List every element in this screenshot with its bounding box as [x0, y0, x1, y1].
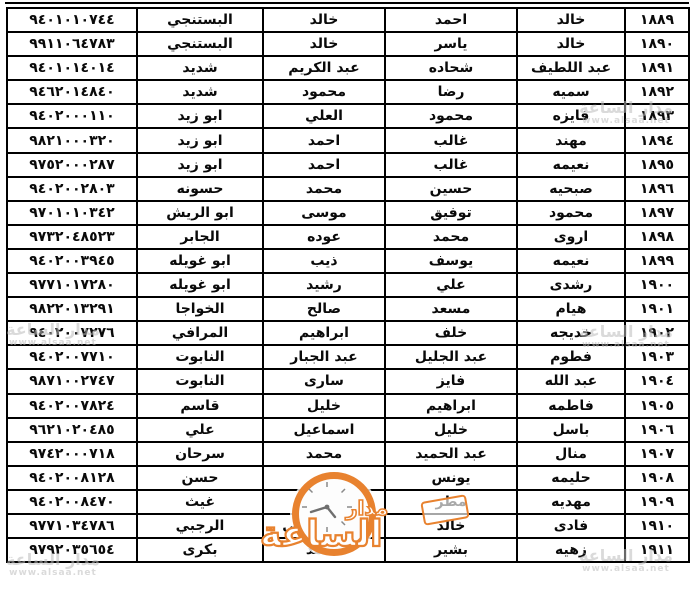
cell-national-id: ٩٨٧١٠٠٢٧٤٧: [7, 369, 137, 393]
cell-grandfather-name: [263, 466, 385, 490]
cell-father-name: مطر: [385, 490, 517, 514]
cell-first-name: زهيه: [517, 538, 625, 562]
table-row: ١٩٠٩مهديهمطرحسانغيث٩٤٠٢٠٠٨٤٧٠: [7, 490, 689, 514]
cell-national-id: ٩٤٠١٠١٤٠١٤: [7, 56, 137, 80]
cell-father-name: خالد: [385, 514, 517, 538]
screenshot-root: ١٨٨٩خالداحمدخالدالبستنجي٩٤٠١٠١٠٧٤٤١٨٩٠خا…: [0, 0, 693, 609]
cell-first-name: فاطمه: [517, 394, 625, 418]
cell-national-id: ٩٤٠٢٠٠٧٨٢٤: [7, 394, 137, 418]
table-row: ١٨٨٩خالداحمدخالدالبستنجي٩٤٠١٠١٠٧٤٤: [7, 8, 689, 32]
table-row: ١٩١٠فادىخالدعبد المعطيالرجبي٩٧٧١٠٣٤٧٨٦: [7, 514, 689, 538]
table-row: ١٨٩٩نعيمهيوسفذيبابو غويله٩٤٠٢٠٠٣٩٤٥: [7, 249, 689, 273]
cell-first-name: عبد الله: [517, 369, 625, 393]
cell-serial-number: ١٩٠٨: [625, 466, 689, 490]
cell-national-id: ٩٤٠٢٠٠٧٧١٠: [7, 345, 137, 369]
cell-serial-number: ١٩٠٣: [625, 345, 689, 369]
cell-father-name: يوسف: [385, 249, 517, 273]
cell-serial-number: ١٩١١: [625, 538, 689, 562]
cell-family-name: غيث: [137, 490, 263, 514]
cell-family-name: شديد: [137, 56, 263, 80]
cell-family-name: ابو زيد: [137, 128, 263, 152]
cell-father-name: عبد الحميد: [385, 442, 517, 466]
table-top-rule: [5, 2, 689, 4]
cell-serial-number: ١٨٩٨: [625, 225, 689, 249]
cell-grandfather-name: عبد المعطي: [263, 514, 385, 538]
cell-father-name: احمد: [385, 8, 517, 32]
table-row: ١٨٩٢سميهرضامحمودشديد٩٤٦٢٠١٤٨٤٠: [7, 80, 689, 104]
cell-first-name: فطوم: [517, 345, 625, 369]
cell-serial-number: ١٩١٠: [625, 514, 689, 538]
table-row: ١٩٠٠رشدىعليرشيدابو غويله٩٧٧١٠١٧٢٨٠: [7, 273, 689, 297]
cell-grandfather-name: سارى: [263, 369, 385, 393]
cell-family-name: ابو غويله: [137, 249, 263, 273]
cell-father-name: رضا: [385, 80, 517, 104]
cell-national-id: ٩٤٠٢٠٠٨٤٧٠: [7, 490, 137, 514]
cell-national-id: ٩٧٣٢٠٤٨٥٢٣: [7, 225, 137, 249]
cell-national-id: ٩٤٠٢٠٠٨١٢٨: [7, 466, 137, 490]
cell-family-name: النابوت: [137, 369, 263, 393]
cell-first-name: مهديه: [517, 490, 625, 514]
cell-serial-number: ١٩٠٧: [625, 442, 689, 466]
cell-father-name: فايز: [385, 369, 517, 393]
cell-grandfather-name: العلي: [263, 104, 385, 128]
cell-serial-number: ١٨٩٩: [625, 249, 689, 273]
table-row: ١٩١١زهيهبشيرمحمدبكرى٩٧٩٢٠٣٥٦٥٤: [7, 538, 689, 562]
table-row: ١٨٩٨اروىمحمدعودهالجابر٩٧٣٢٠٤٨٥٢٣: [7, 225, 689, 249]
cell-grandfather-name: حسان: [263, 490, 385, 514]
cell-first-name: فادى: [517, 514, 625, 538]
cell-serial-number: ١٩٠٩: [625, 490, 689, 514]
table-row: ١٩٠٨حليمهيونسحسن٩٤٠٢٠٠٨١٢٨: [7, 466, 689, 490]
cell-family-name: المرافي: [137, 321, 263, 345]
table-row: ١٩٠٤عبد اللهفايزسارىالنابوت٩٨٧١٠٠٢٧٤٧: [7, 369, 689, 393]
cell-grandfather-name: عبد الكريم: [263, 56, 385, 80]
watermark-site-url: www.alsaa.net: [0, 569, 128, 578]
cell-serial-number: ١٨٩٥: [625, 153, 689, 177]
table-row: ١٨٩٤مهندغالباحمدابو زيد٩٨٢١٠٠٠٣٢٠: [7, 128, 689, 152]
table-row: ١٨٩٧محمودتوفيقموسىابو الريش٩٧٠١٠١٠٣٤٢: [7, 201, 689, 225]
cell-family-name: الرجبي: [137, 514, 263, 538]
cell-national-id: ٩٧٥٢٠٠٠٢٨٧: [7, 153, 137, 177]
cell-serial-number: ١٨٩٠: [625, 32, 689, 56]
cell-serial-number: ١٨٩٣: [625, 104, 689, 128]
cell-family-name: سرحان: [137, 442, 263, 466]
cell-father-name: محمود: [385, 104, 517, 128]
cell-first-name: منال: [517, 442, 625, 466]
table-row: ١٩٠٢خديجهخلفابراهيمالمرافي٩٤٠٢٠٠٧٢٧٦: [7, 321, 689, 345]
cell-national-id: ٩٨٢١٠٠٠٣٢٠: [7, 128, 137, 152]
cell-grandfather-name: محمد: [263, 442, 385, 466]
cell-grandfather-name: ابراهيم: [263, 321, 385, 345]
cell-first-name: مهند: [517, 128, 625, 152]
cell-grandfather-name: صالح: [263, 297, 385, 321]
cell-grandfather-name: احمد: [263, 128, 385, 152]
cell-serial-number: ١٨٩١: [625, 56, 689, 80]
cell-grandfather-name: احمد: [263, 153, 385, 177]
cell-grandfather-name: عوده: [263, 225, 385, 249]
cell-serial-number: ١٨٩٦: [625, 177, 689, 201]
cell-father-name: خليل: [385, 418, 517, 442]
table-row: ١٩٠٧منالعبد الحميدمحمدسرحان٩٧٤٢٠٠٠٧١٨: [7, 442, 689, 466]
cell-national-id: ٩٤٠٢٠٠٧٢٧٦: [7, 321, 137, 345]
table-row: ١٩٠٣فطومعبد الجليلعبد الجبارالنابوت٩٤٠٢٠…: [7, 345, 689, 369]
cell-first-name: محمود: [517, 201, 625, 225]
cell-father-name: غالب: [385, 128, 517, 152]
records-table-body: ١٨٨٩خالداحمدخالدالبستنجي٩٤٠١٠١٠٧٤٤١٨٩٠خا…: [7, 8, 689, 562]
cell-national-id: ٩٧٧١٠١٧٢٨٠: [7, 273, 137, 297]
cell-family-name: الخواجا: [137, 297, 263, 321]
cell-father-name: حسين: [385, 177, 517, 201]
cell-grandfather-name: اسماعيل: [263, 418, 385, 442]
cell-first-name: عبد اللطيف: [517, 56, 625, 80]
cell-family-name: الجابر: [137, 225, 263, 249]
table-row: ١٨٩٦صبحيهحسينمحمدحسونه٩٤٠٢٠٠٢٨٠٣: [7, 177, 689, 201]
cell-national-id: ٩٧٤٢٠٠٠٧١٨: [7, 442, 137, 466]
cell-father-name: توفيق: [385, 201, 517, 225]
cell-national-id: ٩٤٠٢٠٠٢٨٠٣: [7, 177, 137, 201]
cell-national-id: ٩٧٠١٠١٠٣٤٢: [7, 201, 137, 225]
cell-serial-number: ١٩٠١: [625, 297, 689, 321]
table-row: ١٩٠٥فاطمهابراهيمخليلقاسم٩٤٠٢٠٠٧٨٢٤: [7, 394, 689, 418]
cell-national-id: ٩٩١١٠٦٤٧٨٣: [7, 32, 137, 56]
cell-father-name: بشير: [385, 538, 517, 562]
cell-first-name: خديجه: [517, 321, 625, 345]
cell-national-id: ٩٦٢١٠٢٠٤٨٥: [7, 418, 137, 442]
cell-family-name: البستنجي: [137, 8, 263, 32]
cell-national-id: ٩٧٧١٠٣٤٧٨٦: [7, 514, 137, 538]
cell-grandfather-name: خالد: [263, 8, 385, 32]
cell-grandfather-name: محمد: [263, 177, 385, 201]
cell-first-name: خالد: [517, 32, 625, 56]
cell-grandfather-name: محمود: [263, 80, 385, 104]
cell-first-name: هيام: [517, 297, 625, 321]
cell-father-name: يونس: [385, 466, 517, 490]
cell-grandfather-name: محمد: [263, 538, 385, 562]
cell-serial-number: ١٩٠٢: [625, 321, 689, 345]
records-table: ١٨٨٩خالداحمدخالدالبستنجي٩٤٠١٠١٠٧٤٤١٨٩٠خا…: [6, 7, 690, 563]
cell-first-name: نعيمه: [517, 153, 625, 177]
cell-father-name: عبد الجليل: [385, 345, 517, 369]
cell-father-name: خلف: [385, 321, 517, 345]
cell-grandfather-name: رشيد: [263, 273, 385, 297]
table-row: ١٨٩٣فايزهمحمودالعليابو زيد٩٤٠٢٠٠٠١١٠: [7, 104, 689, 128]
cell-family-name: بكرى: [137, 538, 263, 562]
cell-national-id: ٩٤٠١٠١٠٧٤٤: [7, 8, 137, 32]
cell-grandfather-name: موسى: [263, 201, 385, 225]
cell-father-name: علي: [385, 273, 517, 297]
table-row: ١٩٠٦باسلخليلاسماعيلعلي٩٦٢١٠٢٠٤٨٥: [7, 418, 689, 442]
cell-family-name: النابوت: [137, 345, 263, 369]
cell-national-id: ٩٤٦٢٠١٤٨٤٠: [7, 80, 137, 104]
cell-serial-number: ١٩٠٦: [625, 418, 689, 442]
cell-father-name: ياسر: [385, 32, 517, 56]
cell-grandfather-name: خليل: [263, 394, 385, 418]
cell-serial-number: ١٩٠٥: [625, 394, 689, 418]
cell-father-name: محمد: [385, 225, 517, 249]
cell-first-name: باسل: [517, 418, 625, 442]
table-row: ١٨٩٠خالدياسرخالدالبستنجي٩٩١١٠٦٤٧٨٣: [7, 32, 689, 56]
cell-family-name: قاسم: [137, 394, 263, 418]
cell-father-name: شحاده: [385, 56, 517, 80]
cell-grandfather-name: عبد الجبار: [263, 345, 385, 369]
cell-family-name: ابو الريش: [137, 201, 263, 225]
table-row: ١٨٩٥نعيمهغالباحمدابو زيد٩٧٥٢٠٠٠٢٨٧: [7, 153, 689, 177]
cell-national-id: ٩٨٢٢٠١٣٢٩١: [7, 297, 137, 321]
cell-first-name: صبحيه: [517, 177, 625, 201]
cell-father-name: ابراهيم: [385, 394, 517, 418]
cell-serial-number: ١٨٩٤: [625, 128, 689, 152]
cell-first-name: نعيمه: [517, 249, 625, 273]
cell-first-name: حليمه: [517, 466, 625, 490]
cell-serial-number: ١٨٩٢: [625, 80, 689, 104]
cell-national-id: ٩٤٠٢٠٠٣٩٤٥: [7, 249, 137, 273]
watermark-site-url: www.alsaa.net: [551, 565, 693, 574]
table-row: ١٨٩١عبد اللطيفشحادهعبد الكريمشديد٩٤٠١٠١٤…: [7, 56, 689, 80]
table-row: ١٩٠١هياممسعدصالحالخواجا٩٨٢٢٠١٣٢٩١: [7, 297, 689, 321]
cell-national-id: ٩٤٠٢٠٠٠١١٠: [7, 104, 137, 128]
cell-serial-number: ١٩٠٤: [625, 369, 689, 393]
cell-father-name: مسعد: [385, 297, 517, 321]
cell-family-name: حسن: [137, 466, 263, 490]
cell-family-name: ابو زيد: [137, 104, 263, 128]
cell-serial-number: ١٩٠٠: [625, 273, 689, 297]
cell-serial-number: ١٨٨٩: [625, 8, 689, 32]
cell-national-id: ٩٧٩٢٠٣٥٦٥٤: [7, 538, 137, 562]
cell-grandfather-name: ذيب: [263, 249, 385, 273]
cell-family-name: حسونه: [137, 177, 263, 201]
cell-grandfather-name: خالد: [263, 32, 385, 56]
cell-serial-number: ١٨٩٧: [625, 201, 689, 225]
cell-father-name: غالب: [385, 153, 517, 177]
cell-first-name: خالد: [517, 8, 625, 32]
cell-first-name: فايزه: [517, 104, 625, 128]
cell-family-name: البستنجي: [137, 32, 263, 56]
cell-first-name: رشدى: [517, 273, 625, 297]
cell-family-name: ابو غويله: [137, 273, 263, 297]
cell-first-name: سميه: [517, 80, 625, 104]
cell-family-name: شديد: [137, 80, 263, 104]
cell-family-name: علي: [137, 418, 263, 442]
cell-family-name: ابو زيد: [137, 153, 263, 177]
cell-first-name: اروى: [517, 225, 625, 249]
